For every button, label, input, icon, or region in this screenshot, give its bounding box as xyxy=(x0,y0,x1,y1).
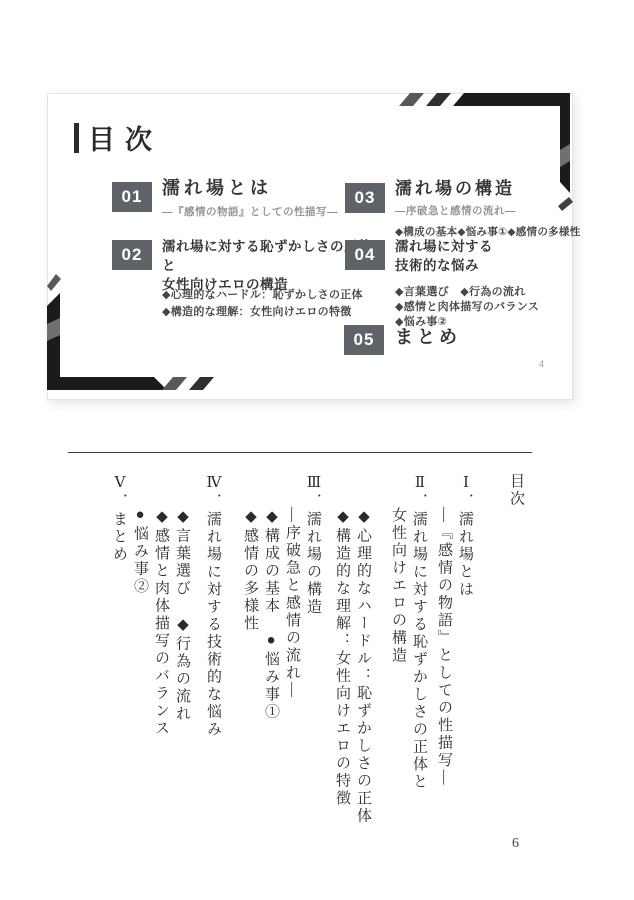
corner-frame-bottom-left xyxy=(47,293,167,390)
bullet-line: ◆感情と肉体描写のバランス xyxy=(395,300,620,315)
toc-section-4: Ⅳ．濡れ場に対する技術的な悩み xyxy=(202,473,223,882)
item-04-title-line2: 技術的な悩み xyxy=(395,257,610,276)
toc-subtitle-1: ―『感情の物語』としての性描写― xyxy=(433,473,454,882)
stripe-icon xyxy=(189,377,214,390)
toc-section-1: Ⅰ．濡れ場とは xyxy=(454,473,475,882)
bullet-line: ◆言葉選び ◆行為の流れ xyxy=(395,285,620,300)
toc-slide-image: 目次 01 濡れ場とは ―『感情の物語』としての性描写― 02 濡れ場に対する恥… xyxy=(47,93,573,400)
item-04-bullets: ◆言葉選び ◆行為の流れ ◆感情と肉体描写のバランス ◆悩み事② xyxy=(395,285,620,330)
item-number-05: 05 xyxy=(344,325,384,355)
item-number-03: 03 xyxy=(345,183,385,213)
frame-gray-segment xyxy=(47,318,60,341)
item-number-04: 04 xyxy=(345,240,385,270)
toc-subtitle-3: ―序破急と感情の流れ― xyxy=(281,473,302,882)
bullet-line: ◆心理的なハードル：恥ずかしさの正体 xyxy=(162,287,387,304)
item-number-02: 02 xyxy=(112,240,152,270)
vertical-toc: 目次 Ⅰ．濡れ場とは ―『感情の物語』としての性描写― Ⅱ．濡れ場に対する恥ずか… xyxy=(66,452,526,882)
toc-section-2-cont: 女性向けエロの構造 xyxy=(387,473,408,882)
item-04: 濡れ場に対する 技術的な悩み xyxy=(395,238,610,276)
item-number-01: 01 xyxy=(112,182,152,212)
toc-bullet: ◆構成の基本 ●悩み事① xyxy=(260,473,281,882)
item-03-subtitle: ―序破急と感情の流れ― xyxy=(395,203,610,218)
item-03-title: 濡れ場の構造 xyxy=(395,179,610,199)
toc-bullet: ◆感情と肉体描写のバランス xyxy=(150,473,171,882)
toc-heading: 目次 xyxy=(505,473,526,882)
toc-bullet: ◆感情の多様性 xyxy=(239,473,260,882)
item-04-title-line1: 濡れ場に対する xyxy=(395,238,610,257)
title-bar-accent xyxy=(74,123,79,153)
toc-bullet: ◆心理的なハードル：恥ずかしさの正体 xyxy=(352,473,373,882)
item-04-title: 濡れ場に対する 技術的な悩み xyxy=(395,238,610,276)
page-number: 6 xyxy=(512,836,519,852)
stripe-icon xyxy=(426,93,451,106)
toc-bullet: ●悩み事② xyxy=(129,473,150,882)
slide-page-number: 4 xyxy=(539,359,544,369)
corner-frame-top-right xyxy=(453,93,570,193)
bullet-line: ◆構造的な理解：女性向けエロの特徴 xyxy=(162,304,387,321)
item-05-title: まとめ xyxy=(395,327,610,349)
stripe-icon xyxy=(399,93,424,106)
stripe-icon xyxy=(162,377,187,390)
item-03: 濡れ場の構造 ―序破急と感情の流れ― xyxy=(395,179,610,218)
item-02-bullets: ◆心理的なハードル：恥ずかしさの正体 ◆構造的な理解：女性向けエロの特徴 xyxy=(162,287,387,321)
toc-bullet: ◆言葉選び ◆行為の流れ xyxy=(171,473,192,882)
toc-bullet: ◆構造的な理解：女性向けエロの特徴 xyxy=(331,473,352,882)
item-05: まとめ xyxy=(395,327,610,349)
toc-section-5: Ⅴ．まとめ xyxy=(108,473,129,882)
toc-section-2: Ⅱ．濡れ場に対する恥ずかしさの正体と xyxy=(408,473,429,882)
frame-gray-segment xyxy=(560,144,570,167)
slide-title-text: 目次 xyxy=(88,118,162,157)
toc-section-3: Ⅲ．濡れ場の構造 xyxy=(302,473,323,882)
slide-title: 目次 xyxy=(74,118,162,157)
stripe-icon xyxy=(47,274,61,291)
